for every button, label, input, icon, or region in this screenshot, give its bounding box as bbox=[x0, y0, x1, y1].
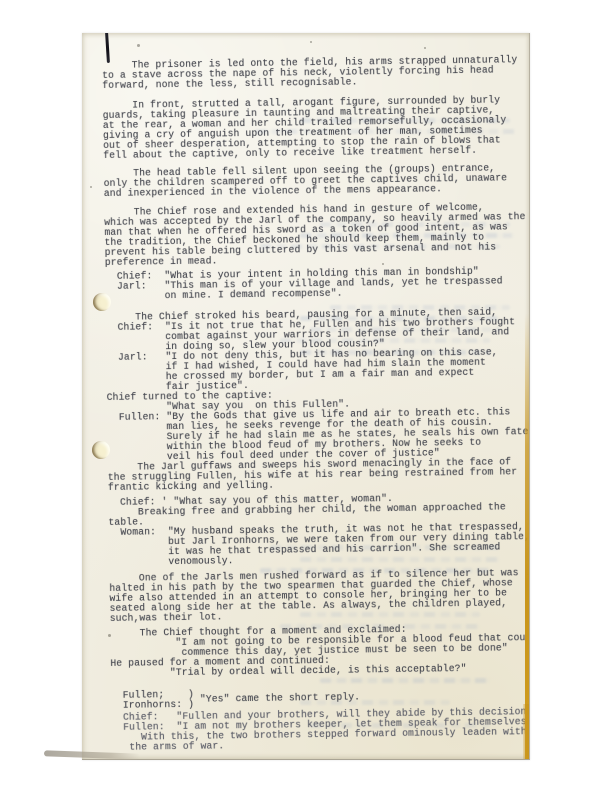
scan-background: The prisoner is led onto the field, his … bbox=[0, 0, 612, 792]
paper-speck bbox=[310, 41, 312, 43]
text-block-6: The Chief stroked his beard, pausing for… bbox=[106, 307, 530, 463]
text-block-7: The Jarl guffaws and sweeps his sword me… bbox=[108, 457, 530, 493]
text-block-3: The head table fell silent upon seeing t… bbox=[104, 163, 530, 199]
text-block-5: Chief: "What is your intent in holding t… bbox=[105, 266, 530, 302]
gilt-edge bbox=[525, 313, 529, 759]
paper-speck bbox=[90, 186, 92, 188]
text-block-4: The Chief rose and extended his hand in … bbox=[104, 202, 530, 268]
paper-speck bbox=[382, 263, 384, 265]
text-block-8: Chief: ' "What say you of this matter, w… bbox=[108, 492, 530, 568]
paper-speck bbox=[424, 47, 426, 49]
typed-text: The prisoner is led onto the field, his … bbox=[102, 55, 530, 753]
text-block-2: In front, strutted a tall, arogant figur… bbox=[103, 95, 530, 161]
document-page: The prisoner is led onto the field, his … bbox=[82, 33, 530, 760]
text-block-9: One of the Jarls men rushed forward as i… bbox=[109, 568, 530, 624]
text-block-1: The prisoner is led onto the field, his … bbox=[102, 55, 530, 91]
hole-punch-top bbox=[93, 293, 111, 311]
gilt-edge-foot bbox=[523, 704, 529, 759]
pair-reply-text: "Yes" came the short reply. bbox=[200, 692, 360, 704]
text-block-12: Chief: "Fullen and your brothers, will t… bbox=[111, 707, 530, 753]
hole-punch-bottom bbox=[92, 441, 110, 459]
pen-mark bbox=[105, 33, 109, 63]
paper-speck bbox=[108, 634, 111, 637]
text-block-10: The Chief thought for a moment and excla… bbox=[110, 623, 530, 679]
paper-speck bbox=[137, 44, 140, 47]
